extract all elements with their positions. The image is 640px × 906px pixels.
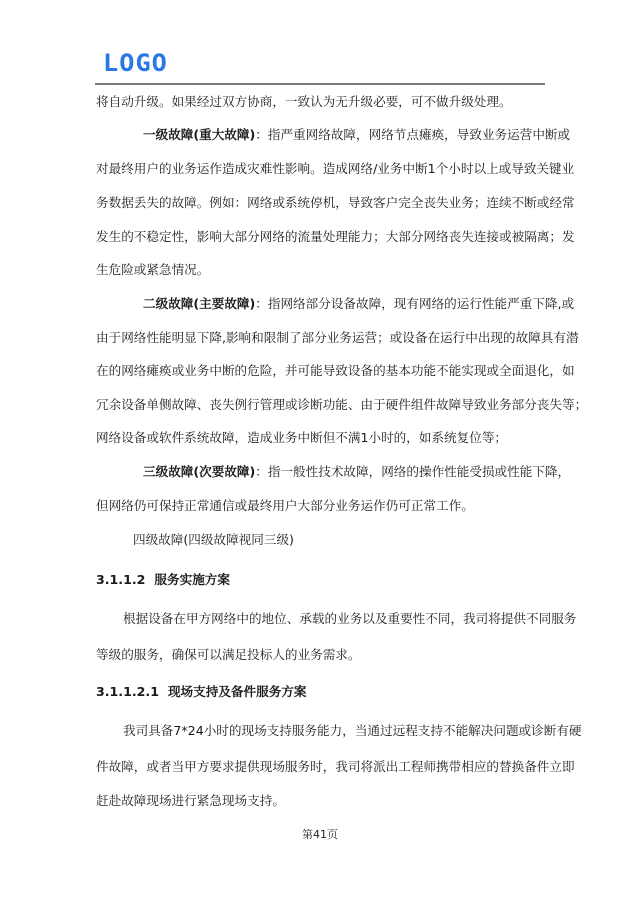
company-logo: LOGO [103, 50, 168, 76]
paragraph-line: 冗余设备单侧故障、丧失例行管理或诊断功能、由于硬件组件故障导致业务部分丧失等； [96, 396, 544, 414]
level1-paragraph-line: 一级故障(重大故障)：指严重网络故障，网络节点瘫痪，导致业务运营中断或 [143, 126, 544, 144]
paragraph-line: 由于网络性能明显下降,影响和限制了部分业务运营；或设备在运行中出现的故障具有潜 [96, 329, 544, 347]
section-title: 服务实施方案 [154, 572, 230, 587]
level4-line: 四级故障(四级故障视同三级) [133, 531, 294, 549]
paragraph-line: 等级的服务，确保可以满足投标人的业务需求。 [96, 646, 360, 664]
level3-label: 三级故障(次要故障) [143, 464, 255, 479]
paragraph-line: 生危险或紧急情况。 [96, 261, 209, 279]
section-heading-3-1-1-2-1: 3.1.1.2.1现场支持及备件服务方案 [96, 683, 306, 701]
section-heading-3-1-1-2: 3.1.1.2服务实施方案 [96, 571, 230, 589]
level1-label: 一级故障(重大故障) [143, 127, 255, 142]
page-number: 第41页 [0, 826, 640, 842]
section-title: 现场支持及备件服务方案 [168, 684, 307, 699]
paragraph-line: 我司具备7*24小时的现场支持服务能力，当通过远程支持不能解决问题或诊断有硬 [123, 722, 544, 740]
header-divider [95, 83, 545, 85]
paragraph-line: 网络设备或软件系统故障，造成业务中断但不满1小时的，如系统复位等； [96, 429, 507, 447]
section-number: 3.1.1.2 [96, 572, 145, 587]
section-number: 3.1.1.2.1 [96, 684, 159, 699]
paragraph-line: 务数据丢失的故障。例如：网络或系统停机，导致客户完全丧失业务；连续不断或经常 [96, 194, 544, 212]
level3-paragraph-line: 三级故障(次要故障)：指一般性技术故障，网络的操作性能受损或性能下降， [143, 463, 538, 481]
paragraph-line: 发生的不稳定性，影响大部分网络的流量处理能力；大部分网络丧失连接或被隔离；发 [96, 228, 544, 246]
paragraph-line: 将自动升级。如果经过双方协商，一致认为无升级必要，可不做升级处理。 [96, 93, 512, 111]
level2-label: 二级故障(主要故障) [143, 296, 255, 311]
paragraph-line: 件故障，或者当甲方要求提供现场服务时，我司将派出工程师携带相应的替换备件立即 [96, 758, 544, 776]
paragraph-line: 根据设备在甲方网络中的地位、承载的业务以及重要性不同，我司将提供不同服务 [123, 610, 544, 628]
paragraph-line: 赶赴故障现场进行紧急现场支持。 [96, 792, 285, 810]
paragraph-line: 但网络仍可保持正常通信或最终用户大部分业务运作仍可正常工作。 [96, 497, 474, 515]
paragraph-line: 在的网络瘫痪或业务中断的危险，并可能导致设备的基本功能不能实现或全面退化，如 [96, 362, 544, 380]
level2-paragraph-line: 二级故障(主要故障)：指网络部分设备故障，现有网络的运行性能严重下降,或 [143, 295, 544, 313]
paragraph-line: 对最终用户的业务运作造成灾难性影响。造成网络/业务中断1个小时以上或导致关键业 [96, 160, 544, 178]
